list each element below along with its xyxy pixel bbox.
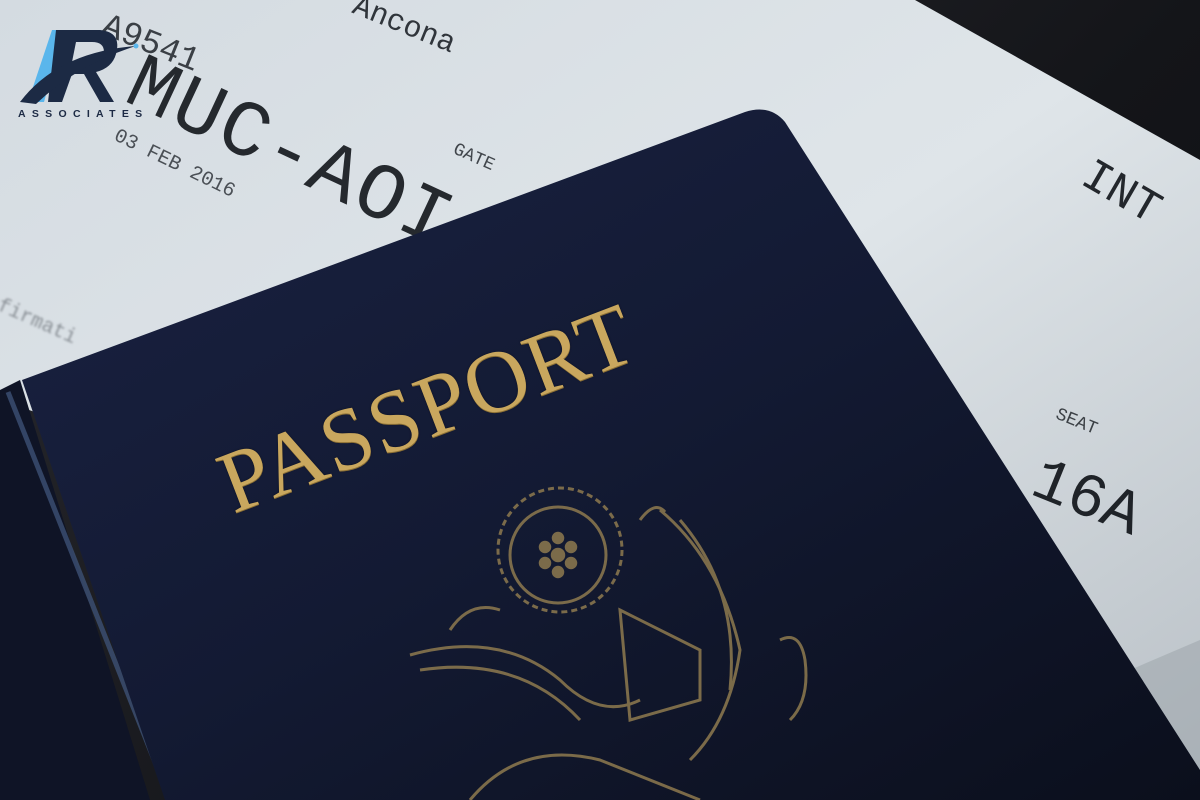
passport-cover	[0, 0, 1200, 800]
passport: PASSPORT	[0, 0, 1200, 800]
photo-scene: A9541 Ancona MUC-AOI 03 FEB 2016 GATE nf…	[0, 0, 1200, 800]
logo-subtitle: ASSOCIATES	[18, 108, 148, 120]
